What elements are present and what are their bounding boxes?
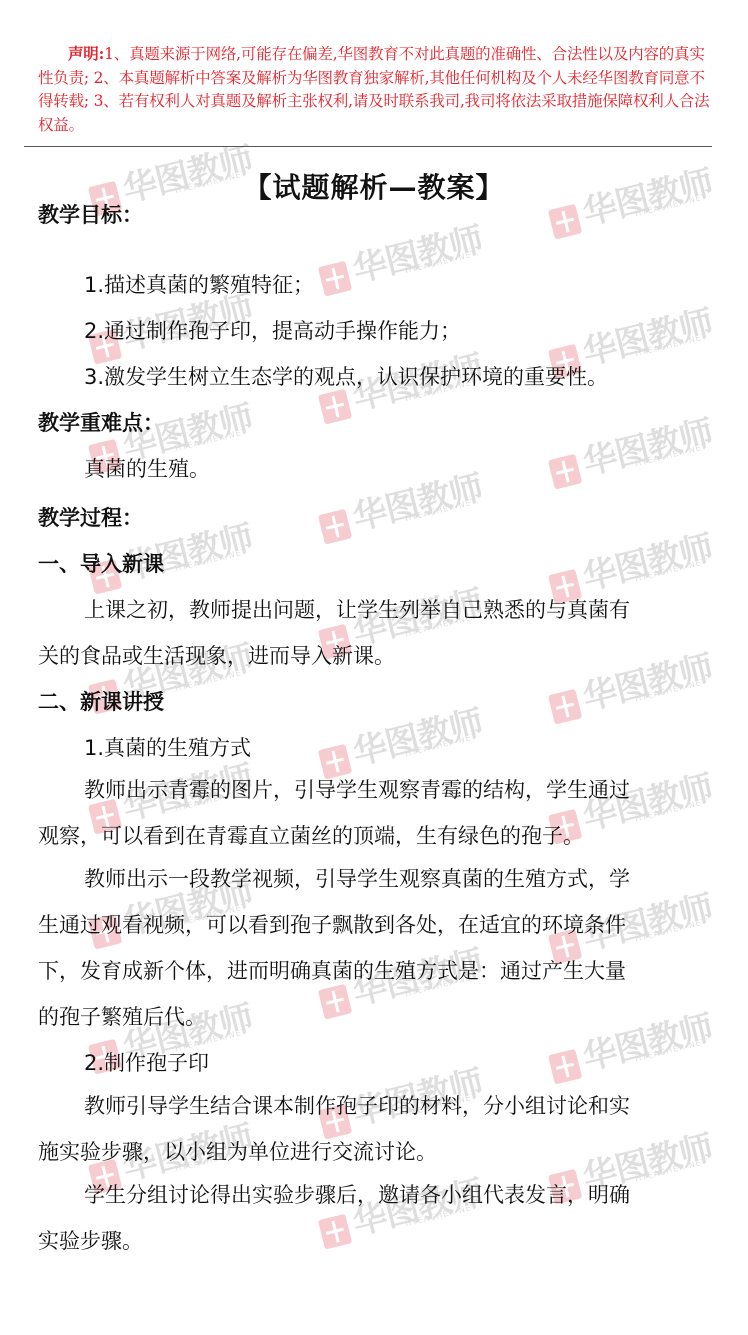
goal-item: 3.激发学生树立生态学的观点，认识保护环境的重要性。	[84, 362, 748, 392]
process-heading: 教学过程：	[38, 503, 728, 533]
paragraph-line: 实验步骤。	[38, 1226, 728, 1256]
paragraph-line: 教师出示一段教学视频，引导学生观察真菌的生殖方式，学	[84, 864, 748, 894]
key-heading: 教学重难点：	[38, 408, 728, 438]
paragraph-line: 下，发育成新个体，进而明确真菌的生殖方式是：通过产生大量	[38, 956, 728, 986]
disclaimer: 声明:1、真题来源于网络,可能存在偏差,华图教育不对此真题的准确性、合法性以及内…	[38, 42, 710, 137]
paragraph-line: 生通过观看视频，可以看到孢子飘散到各处，在适宜的环境条件	[38, 910, 728, 940]
paragraph-line: 上课之初，教师提出问题，让学生列举自己熟悉的与真菌有	[84, 595, 748, 625]
goal-item: 2.通过制作孢子印，提高动手操作能力；	[84, 316, 748, 346]
key-text: 真菌的生殖。	[84, 454, 748, 484]
goal-item: 1.描述真菌的繁殖特征；	[84, 270, 748, 300]
paragraph-line: 观察，可以看到在青霉直立菌丝的顶端，生有绿色的孢子。	[38, 821, 728, 851]
sub2-heading: 2.制作孢子印	[84, 1048, 748, 1078]
part2-heading: 二、新课讲授	[38, 687, 728, 717]
paragraph-line: 施实验步骤，以小组为单位进行交流讨论。	[38, 1137, 728, 1167]
paragraph-line: 教师出示青霉的图片，引导学生观察青霉的结构，学生通过	[84, 775, 748, 805]
paragraph-line: 的孢子繁殖后代。	[38, 1002, 728, 1032]
paragraph-line: 教师引导学生结合课本制作孢子印的材料，分小组讨论和实	[84, 1091, 748, 1121]
part1-heading: 一、导入新课	[38, 549, 728, 579]
goals-heading: 教学目标：	[38, 200, 728, 230]
paragraph-line: 学生分组讨论得出实验步骤后，邀请各小组代表发言，明确	[84, 1180, 748, 1210]
divider	[24, 146, 712, 147]
sub1-heading: 1.真菌的生殖方式	[84, 733, 748, 763]
paragraph-line: 关的食品或生活现象，进而导入新课。	[38, 641, 728, 671]
disclaimer-text: 1、真题来源于网络,可能存在偏差,华图教育不对此真题的准确性、合法性以及内容的真…	[38, 45, 709, 134]
disclaimer-lead: 声明:	[68, 44, 104, 63]
